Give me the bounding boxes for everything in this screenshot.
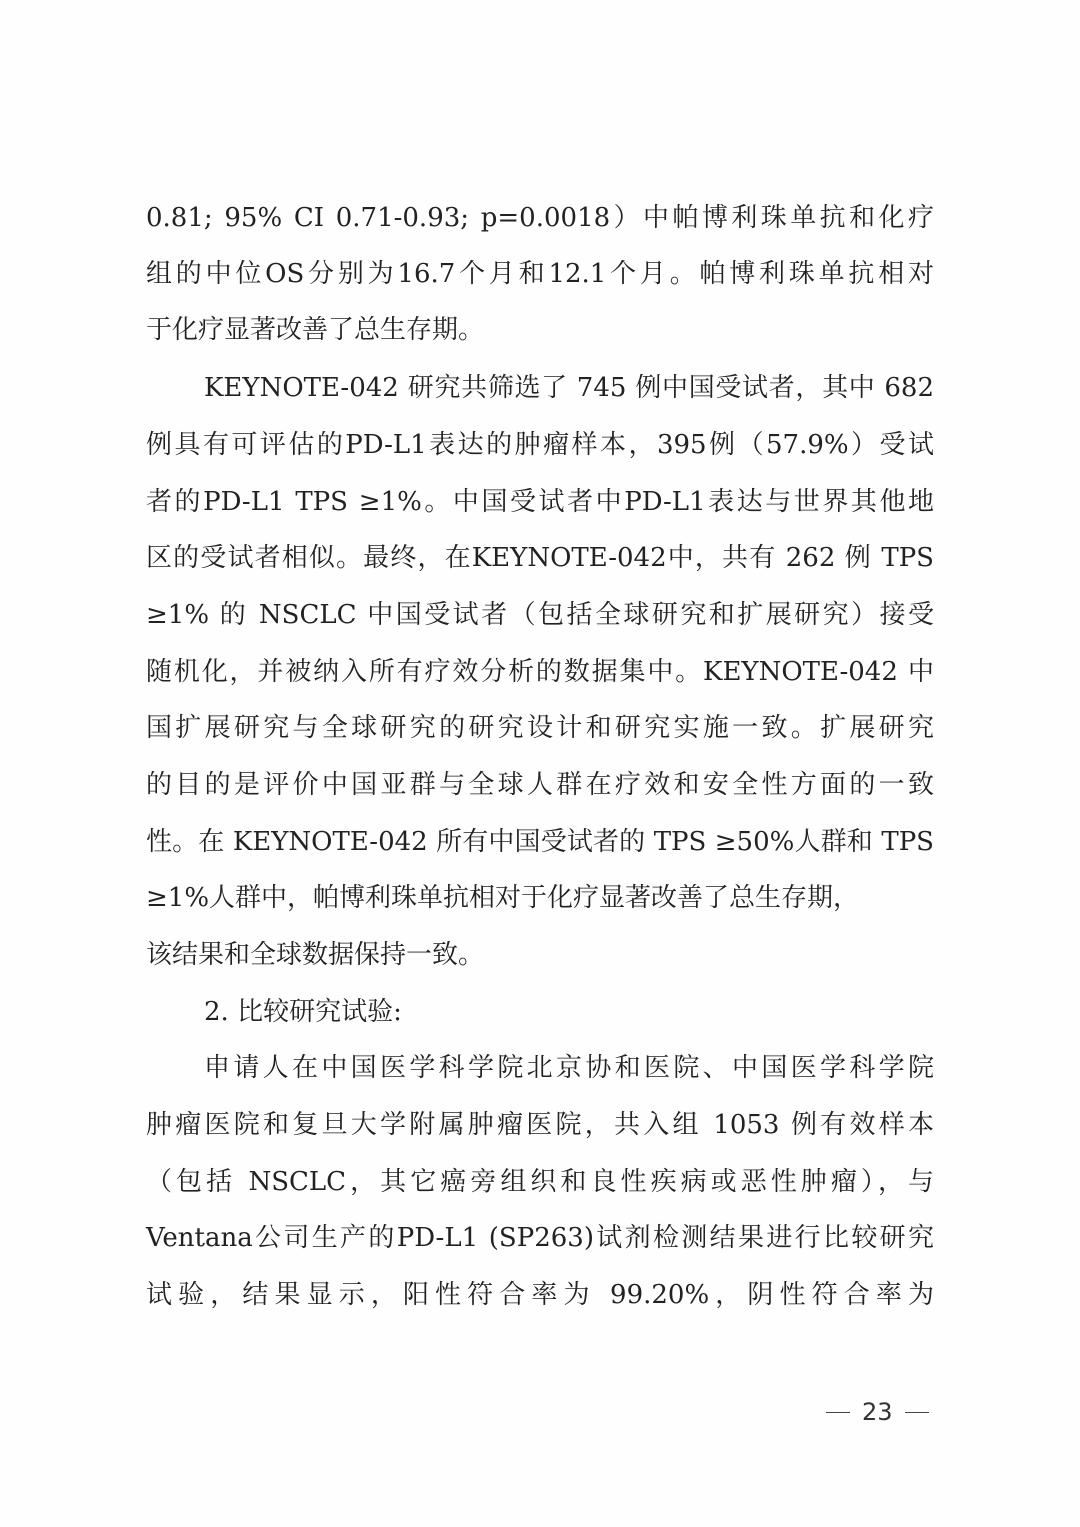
text-line: 的目的是评价中国亚群与全球人群在疗效和安全性方面的一致 — [146, 768, 934, 802]
dash-right — [905, 1412, 929, 1413]
text-line: 于化疗显著改善了总生存期。 — [146, 313, 934, 347]
text-line: 试验，结果显示，阳性符合率为 99.20%，阴性符合率为 — [146, 1278, 934, 1312]
text-line: 0.81; 95% CI 0.71-0.93; p=0.0018）中帕博利珠单抗… — [146, 201, 934, 235]
text-line: Ventana公司生产的PD-L1 (SP263)试剂检测结果进行比较研究 — [146, 1221, 934, 1255]
text-line: （包括 NSCLC，其它癌旁组织和良性疾病或恶性肿瘤），与 — [146, 1165, 934, 1199]
document-page: 0.81; 95% CI 0.71-0.93; p=0.0018）中帕博利珠单抗… — [0, 0, 1080, 1527]
text-line: 随机化，并被纳入所有疗效分析的数据集中。KEYNOTE-042 中 — [146, 655, 934, 689]
text-line: 该结果和全球数据保持一致。 — [146, 938, 934, 972]
page-number: 23 — [826, 1397, 929, 1427]
text-line: 性。在 KEYNOTE-042 所有中国受试者的 TPS ≥50%人群和 TPS — [146, 825, 934, 859]
page-number-value: 23 — [862, 1397, 893, 1427]
text-line: 肿瘤医院和复旦大学附属肿瘤医院，共入组 1053 例有效样本 — [146, 1108, 934, 1142]
text-line: 者的PD-L1 TPS ≥1%。中国受试者中PD-L1表达与世界其他地 — [146, 485, 934, 519]
text-line: ≥1%人群中，帕博利珠单抗相对于化疗显著改善了总生存期， — [146, 881, 934, 915]
text-line: 例具有可评估的PD-L1表达的肿瘤样本，395例（57.9%）受试 — [146, 428, 934, 462]
text-line: 组的中位OS分别为16.7个月和12.1个月。帕博利珠单抗相对 — [146, 257, 934, 291]
dash-left — [826, 1412, 850, 1413]
text-line: ≥1% 的 NSCLC 中国受试者（包括全球研究和扩展研究）接受 — [146, 598, 934, 632]
text-line: 区的受试者相似。最终，在KEYNOTE-042中，共有 262 例 TPS — [146, 541, 934, 575]
section-heading: 2. 比较研究试验: — [204, 995, 504, 1029]
text-line: KEYNOTE-042 研究共筛选了 745 例中国受试者，其中 682 — [204, 371, 934, 405]
text-line: 国扩展研究与全球研究的研究设计和研究实施一致。扩展研究 — [146, 711, 934, 745]
text-line: 申请人在中国医学科学院北京协和医院、中国医学科学院 — [204, 1051, 934, 1085]
